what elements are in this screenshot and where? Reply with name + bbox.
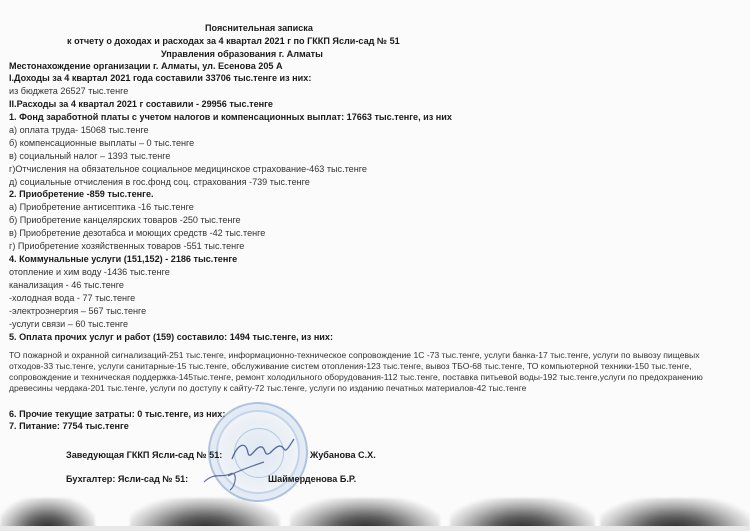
accountant-signature-icon: [200, 460, 270, 492]
utility-item: -услуги связи – 60 тыс.тенге: [9, 319, 128, 330]
other-services-details: ТО пожарной и охранной сигнализаций-251 …: [9, 350, 739, 394]
salary-item: б) компенсационные выплаты – 0 тыс.тенге: [9, 138, 194, 149]
utility-item: канализация - 46 тыс.тенге: [9, 280, 124, 291]
other-current-costs: 6. Прочие текущие затраты: 0 тыс.тенге, …: [9, 409, 225, 420]
document-subtitle-org: Управления образования г. Алматы: [161, 49, 323, 60]
organization-location: Местонахождение организации г. Алматы, у…: [9, 61, 283, 72]
accountant-label: Бухгалтер: Ясли-сад № 51:: [66, 474, 188, 485]
director-name: Жубанова С.Х.: [310, 450, 376, 461]
salary-item: д) социальные отчисления в гос.фонд соц.…: [9, 177, 310, 188]
purchases-heading: 2. Приобретение -859 тыс.тенге.: [9, 189, 154, 200]
purchase-item: б) Приобретение канцелярских товаров -25…: [9, 215, 241, 226]
income-heading: I.Доходы за 4 квартал 2021 года составил…: [9, 73, 311, 84]
director-label: Заведующая ГККП Ясли-сад № 51:: [66, 450, 222, 461]
salary-heading: 1. Фонд заработной платы с учетом налого…: [9, 112, 452, 123]
utility-item: отопление и хим воду -1436 тыс.тенге: [9, 267, 170, 278]
document-page: Пояснительная записка к отчету о доходах…: [0, 0, 750, 531]
purchase-item: в) Приобретение дезотабса и моющих средс…: [9, 228, 265, 239]
income-item: из бюджета 26527 тыс.тенге: [9, 86, 128, 97]
salary-item: г)Отчисления на обязательное социальное …: [9, 164, 367, 175]
purchase-item: г) Приобретение хозяйственных товаров -5…: [9, 241, 244, 252]
utilities-heading: 4. Коммунальные услуги (151,152) - 2186 …: [9, 254, 237, 265]
utility-item: -электроэнергия – 567 тыс.тенге: [9, 306, 146, 317]
purchase-item: а) Приобретение антисептика -16 тыс.тенг…: [9, 202, 194, 213]
scan-bottom-edge: [0, 526, 750, 531]
document-title: Пояснительная записка: [205, 23, 313, 34]
document-subtitle: к отчету о доходах и расходах за 4 кварт…: [67, 36, 400, 47]
expenses-heading: II.Расходы за 4 квартал 2021 г составили…: [9, 99, 273, 110]
salary-item: в) социальный налог – 1393 тыс.тенге: [9, 151, 170, 162]
salary-item: а) оплата труда- 15068 тыс.тенге: [9, 125, 149, 136]
utility-item: -холодная вода - 77 тыс.тенге: [9, 293, 135, 304]
accountant-name: Шаймерденова Б.Р.: [268, 474, 356, 485]
food-costs: 7. Питание: 7754 тыс.тенге: [9, 421, 129, 432]
other-services-heading: 5. Оплата прочих услуг и работ (159) сос…: [9, 332, 333, 343]
